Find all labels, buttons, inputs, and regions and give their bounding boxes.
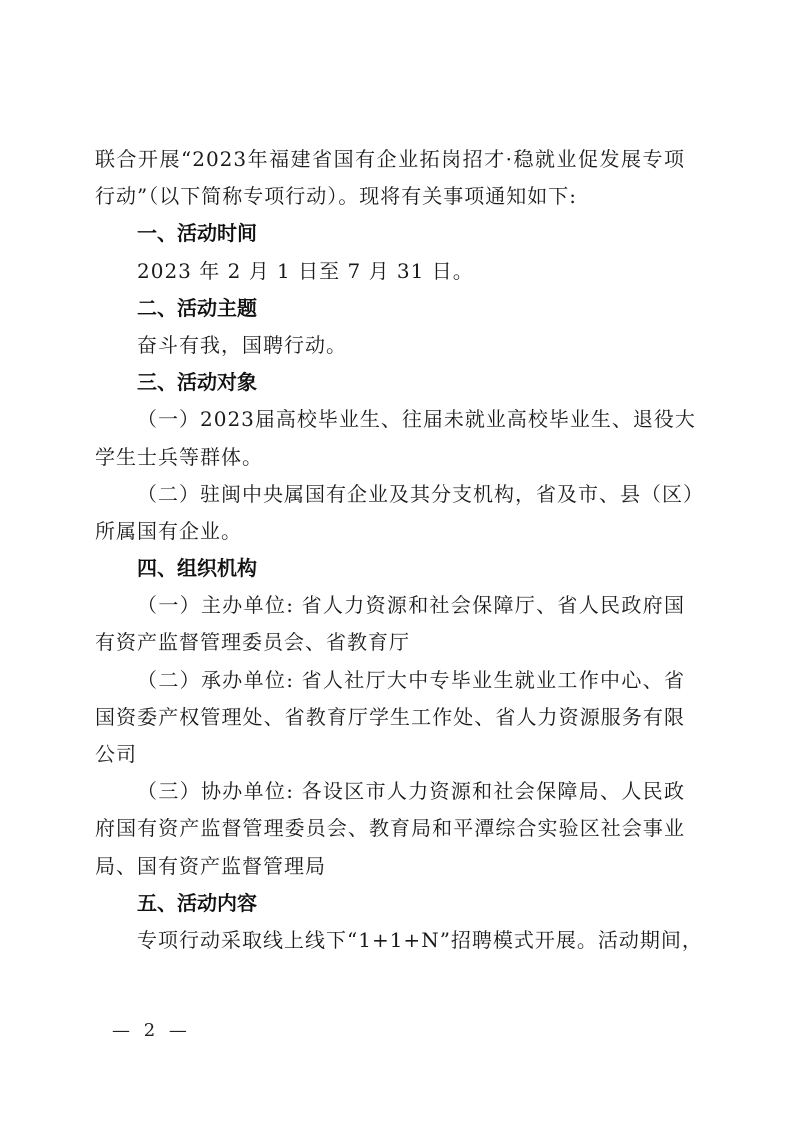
body-line: 有资产监督管理委员会、省教育厅 (95, 624, 685, 661)
body-line: （二）驻闽中央属国有企业及其分支机构，省及市、县（区） (95, 476, 685, 513)
body-line: 行动”（以下简称专项行动）。现将有关事项通知如下: (95, 178, 685, 215)
body-line: 奋斗有我，国聘行动。 (95, 327, 685, 364)
section-heading-organization: 四、组织机构 (95, 550, 685, 587)
body-line: 专项行动采取线上线下“1+1+N”招聘模式开展。活动期间， (95, 922, 685, 959)
section-heading-activity-time: 一、活动时间 (95, 215, 685, 252)
body-line: （一）主办单位: 省人力资源和社会保障厅、省人民政府国 (95, 587, 685, 624)
body-line: （二）承办单位: 省人社厅大中专毕业生就业工作中心、省 (95, 662, 685, 699)
page-number: — 2 — (112, 1020, 191, 1041)
body-line: 国资委产权管理处、省教育厅学生工作处、省人力资源服务有限 (95, 699, 685, 736)
section-heading-activity-theme: 二、活动主题 (95, 290, 685, 327)
section-heading-activity-target: 三、活动对象 (95, 364, 685, 401)
body-line: 学生士兵等群体。 (95, 439, 685, 476)
body-line: 府国有资产监督管理委员会、教育局和平潭综合实验区社会事业 (95, 810, 685, 847)
body-line: 联合开展“2023年福建省国有企业拓岗招才·稳就业促发展专项 (95, 141, 685, 178)
body-line: （一）2023届高校毕业生、往届未就业高校毕业生、退役大 (95, 401, 685, 438)
body-line: 所属国有企业。 (95, 513, 685, 550)
document-page: 联合开展“2023年福建省国有企业拓岗招才·稳就业促发展专项 行动”（以下简称专… (0, 0, 793, 1122)
body-line: 2023 年 2 月 1 日至 7 月 31 日。 (95, 253, 685, 290)
document-body: 联合开展“2023年福建省国有企业拓岗招才·稳就业促发展专项 行动”（以下简称专… (95, 141, 685, 959)
section-heading-activity-content: 五、活动内容 (95, 885, 685, 922)
body-line: 局、国有资产监督管理局 (95, 848, 685, 885)
body-line: （三）协办单位: 各设区市人力资源和社会保障局、人民政 (95, 773, 685, 810)
body-line: 公司 (95, 736, 685, 773)
